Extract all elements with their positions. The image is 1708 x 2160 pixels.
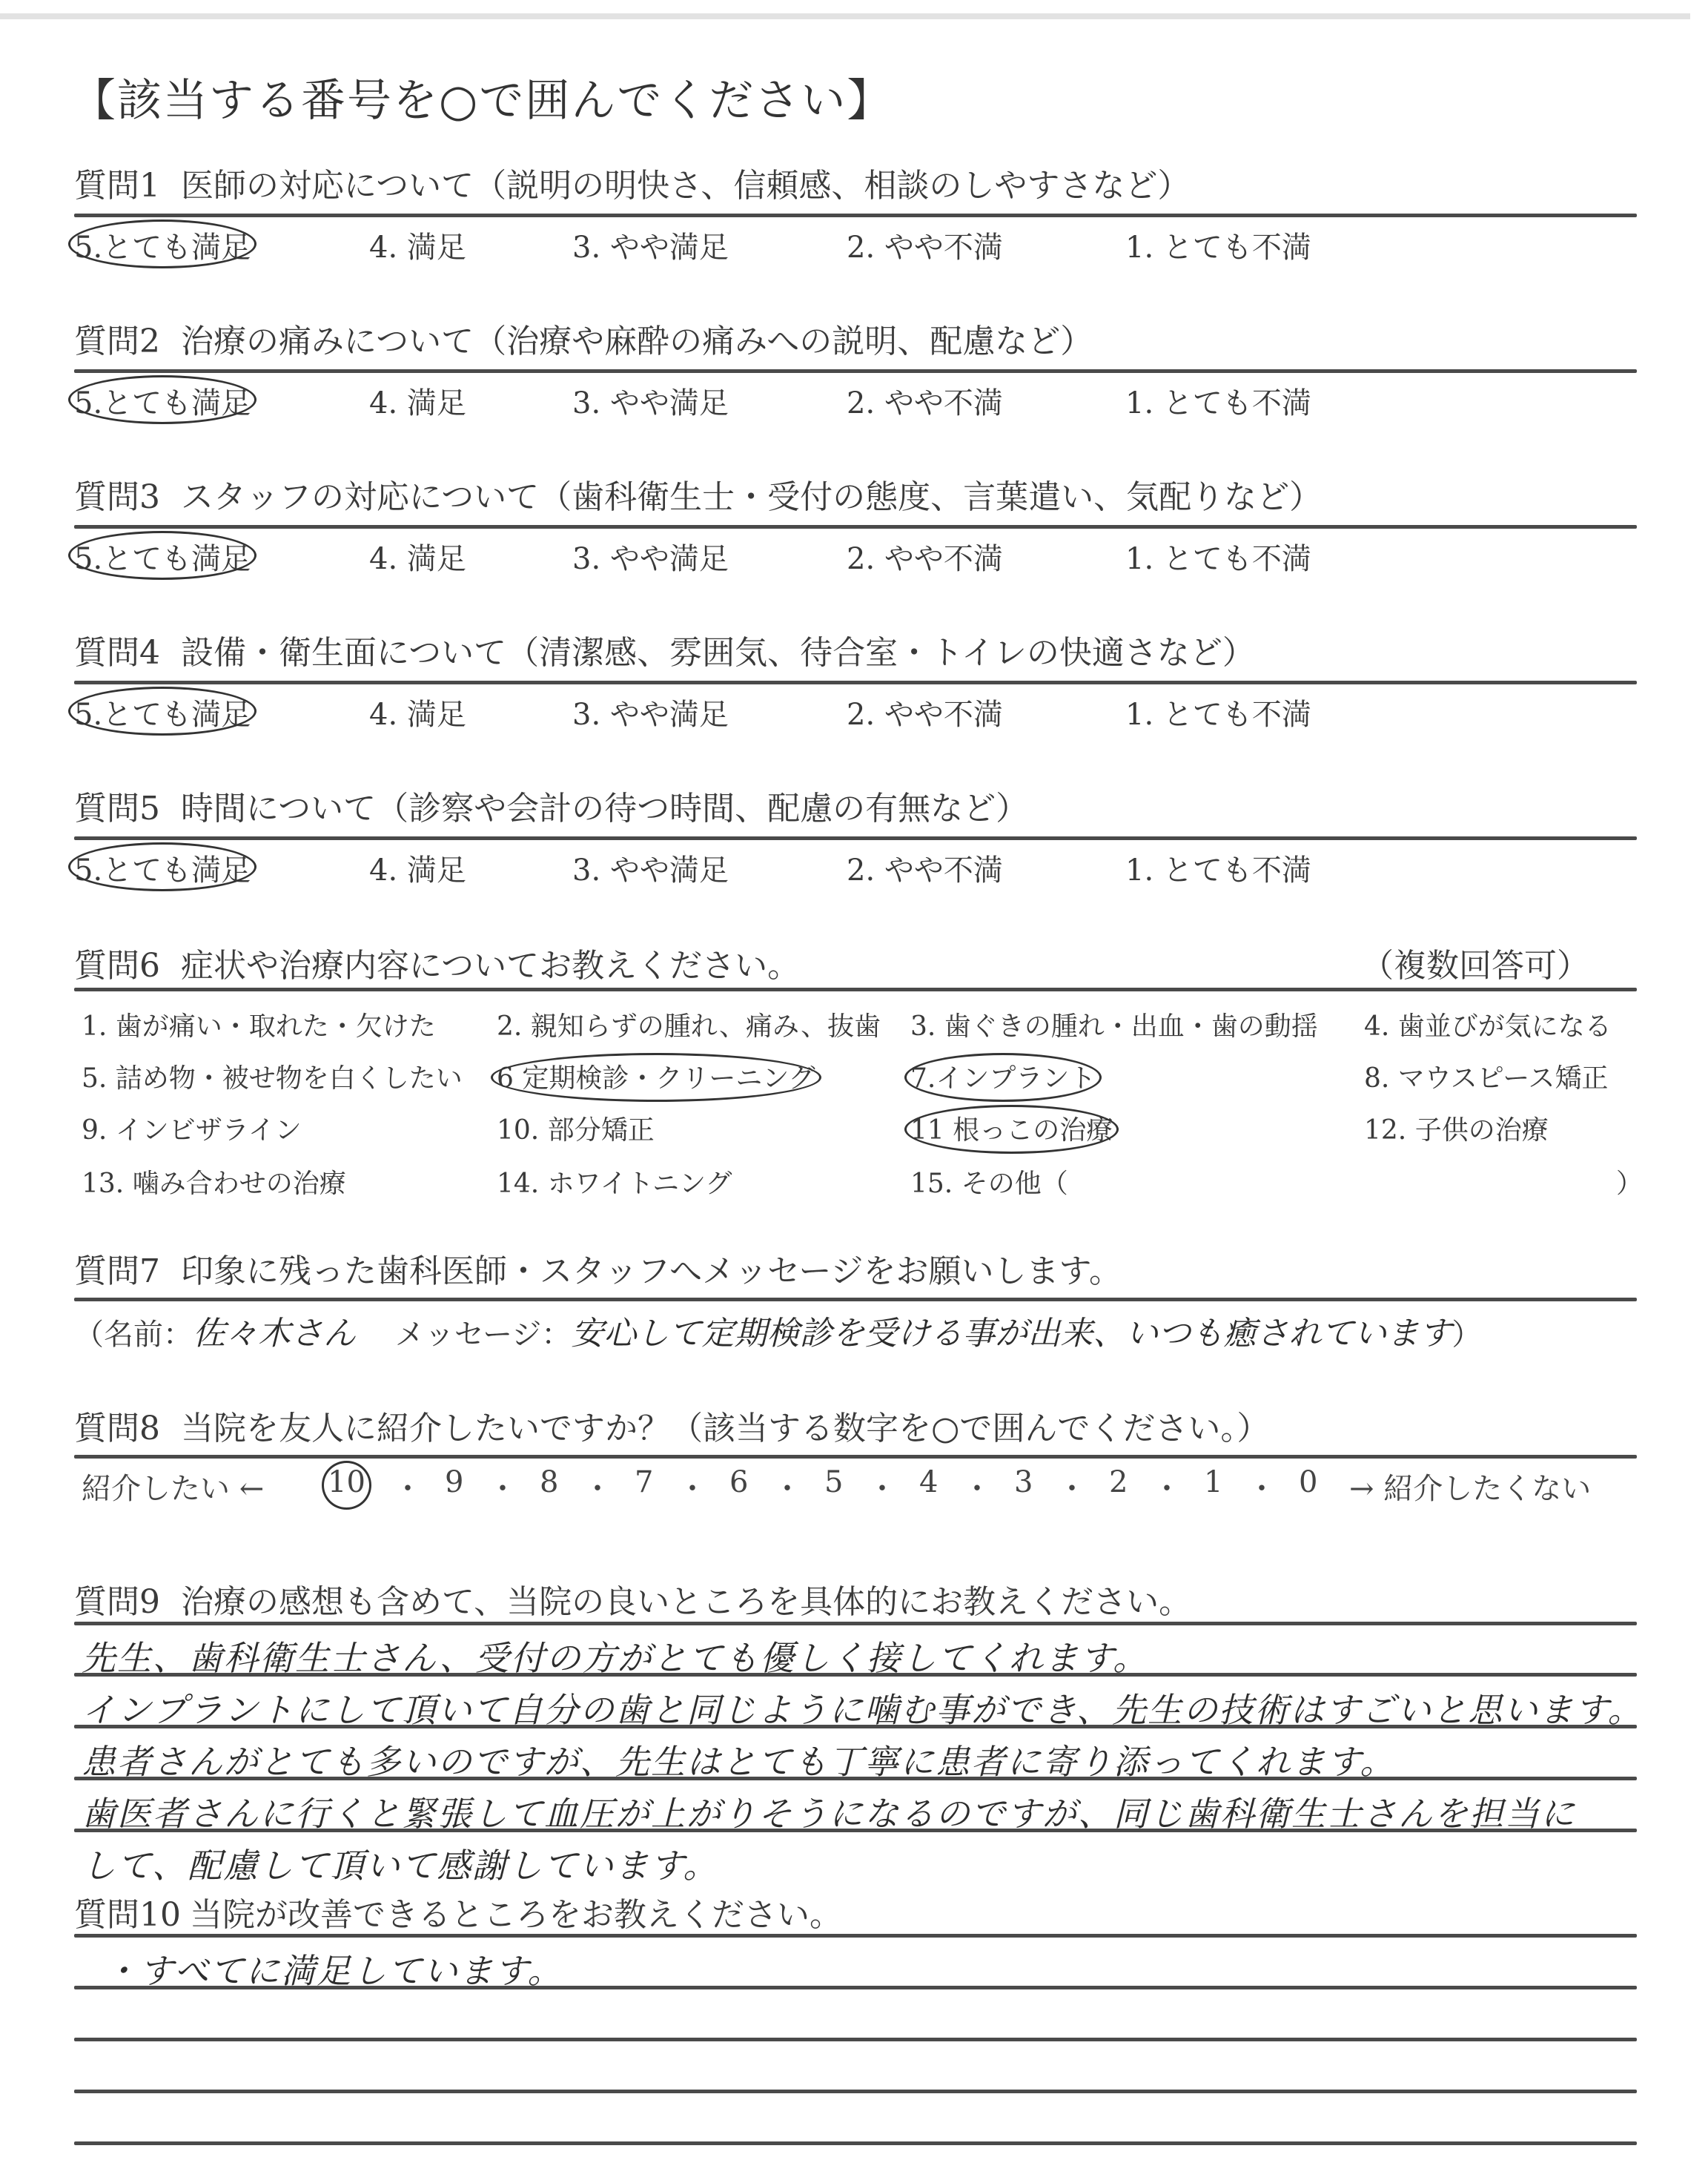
q3-option-3[interactable]: 3. やや満足 bbox=[572, 535, 729, 578]
q8-value-1[interactable]: 1 bbox=[1204, 1465, 1222, 1499]
q2-option-5-selected[interactable]: 5.とても満足 bbox=[74, 380, 251, 422]
q9-heading: 質問9治療の感想も含めて、当院の良いところを具体的にお教えください。 bbox=[74, 1575, 1191, 1622]
q2-heading: 質問2治療の痛みについて（治療や麻酔の痛みへの説明、配慮など） bbox=[74, 314, 1093, 362]
q4-option-4[interactable]: 4. 満足 bbox=[369, 691, 466, 733]
q5-options: 5.とても満足 4. 満足 3. やや満足 2. やや不満 1. とても不満 bbox=[74, 847, 251, 888]
q9-number: 質問9 bbox=[74, 1583, 160, 1621]
q8-sep: ・ bbox=[867, 1465, 897, 1507]
q6-number: 質問6 bbox=[74, 947, 160, 985]
q7-name-label: （名前： bbox=[74, 1318, 193, 1352]
q9-rule bbox=[74, 1622, 1637, 1625]
q9-line-rule bbox=[74, 1673, 1637, 1677]
q8-left-label: 紹介したい ← bbox=[82, 1465, 264, 1507]
q6-option-14[interactable]: 14. ホワイトニング bbox=[497, 1163, 732, 1200]
q6-option-1[interactable]: 1. 歯が痛い・取れた・欠けた bbox=[82, 1005, 436, 1043]
scan-top-edge bbox=[0, 13, 1690, 19]
page-title: 【該当する番号を○で囲んでください】 bbox=[71, 65, 893, 129]
q2-option-2[interactable]: 2. やや不満 bbox=[847, 380, 1003, 422]
q4-rule bbox=[74, 681, 1637, 684]
q10-line-rule bbox=[74, 2038, 1637, 2041]
q1-option-4[interactable]: 4. 満足 bbox=[369, 224, 466, 266]
q8-value-2[interactable]: 2 bbox=[1109, 1465, 1128, 1499]
q7-message-label: メッセージ： bbox=[395, 1318, 572, 1352]
q6-option-7-selected[interactable]: 7.インプラント bbox=[910, 1057, 1096, 1095]
q1-option-3[interactable]: 3. やや満足 bbox=[572, 224, 729, 266]
q6-option-15-other[interactable]: 15. その他（ bbox=[910, 1163, 1068, 1200]
q6-option-12[interactable]: 12. 子供の治療 bbox=[1364, 1109, 1549, 1147]
q8-value-5[interactable]: 5 bbox=[824, 1465, 843, 1499]
q10-rule bbox=[74, 1934, 1637, 1938]
q8-sep: ・ bbox=[488, 1465, 517, 1507]
q7-heading: 質問7印象に残った歯科医師・スタッフへメッセージをお願いします。 bbox=[74, 1244, 1122, 1292]
q10-number: 質問10 bbox=[74, 1896, 181, 1934]
q6-option-15-close-paren: ） bbox=[1616, 1163, 1643, 1200]
q9-line-rule bbox=[74, 1829, 1637, 1832]
q7-message-value[interactable]: 安心して定期検診を受ける事が出来、いつも癒されています bbox=[571, 1315, 1452, 1353]
q3-number: 質問3 bbox=[74, 478, 160, 516]
q10-heading: 質問10当院が改善できるところをお教えください。 bbox=[74, 1888, 842, 1935]
q6-option-6-selected[interactable]: 6 定期検診・クリーニング bbox=[497, 1057, 815, 1095]
q5-heading: 質問5時間について（診察や会計の待つ時間、配慮の有無など） bbox=[74, 782, 1028, 829]
q4-number: 質問4 bbox=[74, 634, 160, 672]
q3-text: スタッフの対応について（歯科衛生士・受付の態度、言葉遣い、気配りなど） bbox=[181, 478, 1322, 516]
q1-heading: 質問1医師の対応について（説明の明快さ、信頼感、相談のしやすさなど） bbox=[74, 159, 1190, 206]
q8-text: 当院を友人に紹介したいですか？（該当する数字を○で囲んでください。） bbox=[181, 1410, 1269, 1447]
q6-option-2[interactable]: 2. 親知らずの腫れ、痛み、抜歯 bbox=[497, 1005, 881, 1043]
q8-right-label: → 紹介したくない bbox=[1349, 1465, 1591, 1507]
q6-multiple-answer-note: （複数回答可） bbox=[1361, 939, 1589, 986]
q6-option-3[interactable]: 3. 歯ぐきの腫れ・出血・歯の動揺 bbox=[910, 1005, 1318, 1043]
q2-rule bbox=[74, 369, 1637, 373]
q7-answer-row: （名前：佐々木さん メッセージ：安心して定期検診を受ける事が出来、いつも癒されて… bbox=[74, 1307, 1481, 1354]
q8-sep: ・ bbox=[1057, 1465, 1087, 1507]
q2-options: 5.とても満足 4. 満足 3. やや満足 2. やや不満 1. とても不満 bbox=[74, 380, 251, 421]
q6-rule bbox=[74, 988, 1637, 991]
q8-heading: 質問8当院を友人に紹介したいですか？（該当する数字を○で囲んでください。） bbox=[74, 1401, 1269, 1449]
q2-option-4[interactable]: 4. 満足 bbox=[369, 380, 466, 422]
q4-text: 設備・衛生面について（清潔感、雰囲気、待合室・トイレの快適さなど） bbox=[181, 634, 1255, 672]
q8-value-10-selected[interactable]: 10 bbox=[328, 1465, 365, 1499]
q1-option-2[interactable]: 2. やや不満 bbox=[847, 224, 1003, 266]
q1-text: 医師の対応について（説明の明快さ、信頼感、相談のしやすさなど） bbox=[181, 167, 1190, 205]
q3-option-5-selected[interactable]: 5.とても満足 bbox=[74, 535, 251, 578]
q1-option-5-selected[interactable]: 5.とても満足 bbox=[74, 224, 251, 266]
q10-text: 当院が改善できるところをお教えください。 bbox=[190, 1896, 842, 1934]
q6-text: 症状や治療内容についてお教えください。 bbox=[181, 947, 800, 985]
q6-option-9[interactable]: 9. インビザライン bbox=[82, 1109, 302, 1147]
q8-sep: ・ bbox=[583, 1465, 612, 1507]
q6-option-13[interactable]: 13. 噛み合わせの治療 bbox=[82, 1163, 346, 1200]
q6-option-5[interactable]: 5. 詰め物・被せ物を白くしたい bbox=[82, 1057, 463, 1095]
q10-line-rule bbox=[74, 2141, 1637, 2145]
q1-rule bbox=[74, 214, 1637, 217]
q5-option-5-selected[interactable]: 5.とても満足 bbox=[74, 847, 251, 889]
q3-rule bbox=[74, 525, 1637, 529]
q8-value-4[interactable]: 4 bbox=[919, 1465, 938, 1499]
q1-options: 5.とても満足 4. 満足 3. やや満足 2. やや不満 1. とても不満 bbox=[74, 224, 251, 265]
q7-text: 印象に残った歯科医師・スタッフへメッセージをお願いします。 bbox=[181, 1252, 1122, 1290]
q6-option-4[interactable]: 4. 歯並びが気になる bbox=[1364, 1005, 1612, 1043]
q5-rule bbox=[74, 836, 1637, 840]
q6-option-8[interactable]: 8. マウスピース矯正 bbox=[1364, 1057, 1608, 1095]
q3-heading: 質問3スタッフの対応について（歯科衛生士・受付の態度、言葉遣い、気配りなど） bbox=[74, 470, 1322, 518]
q5-text: 時間について（診察や会計の待つ時間、配慮の有無など） bbox=[181, 790, 1028, 828]
q5-option-2[interactable]: 2. やや不満 bbox=[847, 847, 1003, 889]
q8-value-7[interactable]: 7 bbox=[635, 1465, 653, 1499]
q8-value-9[interactable]: 9 bbox=[445, 1465, 463, 1499]
q8-value-6[interactable]: 6 bbox=[729, 1465, 748, 1499]
q2-option-1[interactable]: 1. とても不満 bbox=[1125, 380, 1311, 422]
q9-answer-line-5[interactable]: して、配慮して頂いて感謝しています。 bbox=[82, 1839, 718, 1888]
q8-number: 質問8 bbox=[74, 1410, 160, 1447]
q2-number: 質問2 bbox=[74, 323, 160, 360]
q3-option-1[interactable]: 1. とても不満 bbox=[1125, 535, 1311, 578]
q3-option-4[interactable]: 4. 満足 bbox=[369, 535, 466, 578]
q5-option-4[interactable]: 4. 満足 bbox=[369, 847, 466, 889]
q8-value-0[interactable]: 0 bbox=[1299, 1465, 1317, 1499]
q8-value-8[interactable]: 8 bbox=[540, 1465, 558, 1499]
q9-line-rule bbox=[74, 1777, 1637, 1780]
q3-options: 5.とても満足 4. 満足 3. やや満足 2. やや不満 1. とても不満 bbox=[74, 535, 251, 577]
q8-sep: ・ bbox=[772, 1465, 802, 1507]
q8-sep: ・ bbox=[678, 1465, 707, 1507]
q5-option-1[interactable]: 1. とても不満 bbox=[1125, 847, 1311, 889]
q6-option-10[interactable]: 10. 部分矯正 bbox=[497, 1109, 655, 1147]
q4-options: 5.とても満足 4. 満足 3. やや満足 2. やや不満 1. とても不満 bbox=[74, 691, 251, 733]
q4-option-5-selected[interactable]: 5.とても満足 bbox=[74, 691, 251, 733]
q7-number: 質問7 bbox=[74, 1252, 160, 1290]
q6-option-11-selected[interactable]: 11 根っこの治療 bbox=[910, 1109, 1113, 1147]
q8-sep: ・ bbox=[393, 1465, 423, 1507]
q4-option-2[interactable]: 2. やや不満 bbox=[847, 691, 1003, 733]
q8-value-3[interactable]: 3 bbox=[1014, 1465, 1033, 1499]
q2-option-3[interactable]: 3. やや満足 bbox=[572, 380, 729, 422]
q7-name-value[interactable]: 佐々木さん bbox=[193, 1315, 356, 1353]
q4-option-3[interactable]: 3. やや満足 bbox=[572, 691, 729, 733]
q10-line-rule bbox=[74, 1986, 1637, 1989]
q2-text: 治療の痛みについて（治療や麻酔の痛みへの説明、配慮など） bbox=[181, 323, 1093, 360]
q7-close-paren: ） bbox=[1452, 1318, 1481, 1352]
q4-heading: 質問4設備・衛生面について（清潔感、雰囲気、待合室・トイレの快適さなど） bbox=[74, 626, 1255, 673]
q1-number: 質問1 bbox=[74, 167, 160, 205]
q8-sep: ・ bbox=[1247, 1465, 1277, 1507]
q6-heading: 質問6症状や治療内容についてお教えください。（複数回答可） bbox=[74, 939, 800, 986]
q8-sep: ・ bbox=[962, 1465, 992, 1507]
q7-rule bbox=[74, 1298, 1637, 1301]
q5-option-3[interactable]: 3. やや満足 bbox=[572, 847, 729, 889]
q3-option-2[interactable]: 2. やや不満 bbox=[847, 535, 1003, 578]
q10-line-rule bbox=[74, 2090, 1637, 2093]
q5-number: 質問5 bbox=[74, 790, 160, 828]
q4-option-1[interactable]: 1. とても不満 bbox=[1125, 691, 1311, 733]
q9-line-rule bbox=[74, 1725, 1637, 1728]
q8-sep: ・ bbox=[1152, 1465, 1182, 1507]
q1-option-1[interactable]: 1. とても不満 bbox=[1125, 224, 1311, 266]
q8-rule bbox=[74, 1455, 1637, 1459]
q9-text: 治療の感想も含めて、当院の良いところを具体的にお教えください。 bbox=[181, 1583, 1191, 1621]
